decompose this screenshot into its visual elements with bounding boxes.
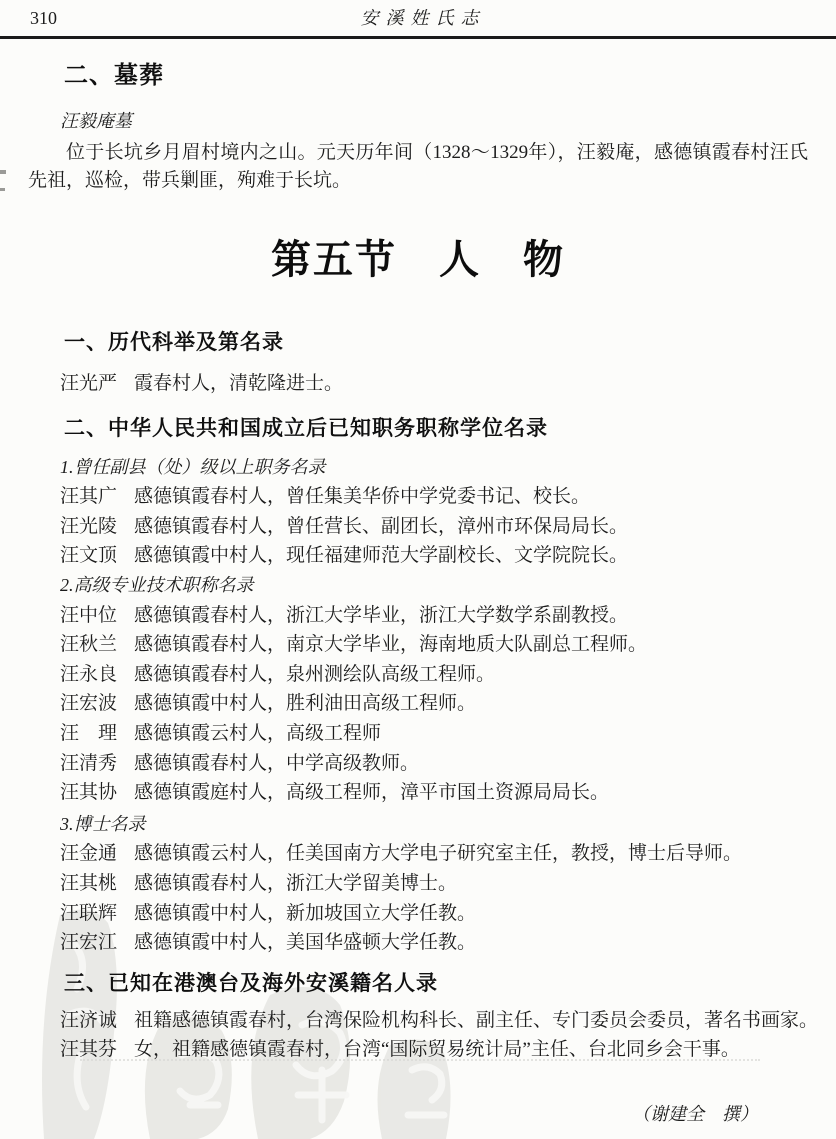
person-description: 感德镇霞春村人，南京大学毕业，海南地质大队副总工程师。: [134, 634, 647, 655]
person-row: 汪济诚祖籍感德镇霞春村，台湾保险机构科长、副主任、专门委员会委员，著名书画家。: [60, 1006, 836, 1036]
roster2-heading: 二、中华人民共和国成立后已知职务职称学位名录: [64, 417, 836, 441]
tomb-name: 汪毅庵墓: [60, 111, 836, 131]
tomb-section-heading: 二、墓葬: [64, 63, 836, 89]
person-name: 汪金通: [60, 839, 134, 869]
person-row: 汪中位感德镇霞春村人，浙江大学毕业，浙江大学数学系副教授。: [60, 601, 836, 631]
person-name: 汪光陵: [60, 512, 134, 542]
person-row: 汪光陵感德镇霞春村人，曾任营长、副团长，漳州市环保局局长。: [60, 512, 836, 542]
compiler-attribution: （谢建全 撰）: [0, 1103, 758, 1125]
person-row: 汪金通感德镇霞云村人，任美国南方大学电子研究室主任，教授，博士后导师。: [60, 839, 836, 869]
person-name: 汪其芬: [60, 1035, 134, 1065]
person-row: 汪宏波感德镇霞中村人，胜利油田高级工程师。: [60, 689, 836, 719]
person-row: 汪秋兰感德镇霞春村人，南京大学毕业，海南地质大队副总工程师。: [60, 630, 836, 660]
person-name: 汪文顶: [60, 541, 134, 571]
person-row: 汪其广感德镇霞春村人，曾任集美华侨中学党委书记、校长。: [60, 482, 836, 512]
person-name: 汪秋兰: [60, 630, 134, 660]
person-name: 汪光严: [60, 369, 134, 399]
roster3-heading: 三、已知在港澳台及海外安溪籍名人录: [64, 972, 836, 996]
person-name: 汪其广: [60, 482, 134, 512]
person-description: 祖籍感德镇霞春村，台湾保险机构科长、副主任、专门委员会委员，著名书画家。: [134, 1010, 818, 1031]
person-description: 霞春村人，清乾隆进士。: [134, 373, 343, 394]
person-name: 汪其协: [60, 778, 134, 808]
person-name: 汪宏波: [60, 689, 134, 719]
person-description: 感德镇霞中村人，新加坡国立大学任教。: [134, 903, 476, 924]
person-row: 汪 理感德镇霞云村人，高级工程师: [60, 719, 836, 749]
tomb-description: 位于长坑乡月眉村境内之山。元天历年间（1328～1329年），汪毅庵，感德镇霞春…: [28, 139, 808, 195]
person-name: 汪其桃: [60, 869, 134, 899]
person-description: 感德镇霞春村人，浙江大学留美博士。: [134, 873, 457, 894]
person-row: 汪宏江感德镇霞中村人，美国华盛顿大学任教。: [60, 928, 836, 958]
running-title: 安溪姓氏志: [361, 7, 486, 29]
person-name: 汪济诚: [60, 1006, 134, 1036]
person-description: 女，祖籍感德镇霞春村，台湾“国际贸易统计局”主任、台北同乡会干事。: [134, 1039, 740, 1060]
person-row: 汪其芬女，祖籍感德镇霞春村，台湾“国际贸易统计局”主任、台北同乡会干事。: [60, 1035, 836, 1065]
roster1-heading: 一、历代科举及第名录: [64, 331, 836, 355]
person-row: 汪其桃感德镇霞春村人，浙江大学留美博士。: [60, 869, 836, 899]
person-description: 感德镇霞春村人，泉州测绘队高级工程师。: [134, 664, 495, 685]
person-name: 汪宏江: [60, 928, 134, 958]
roster2-group3-label: 3.博士名录: [60, 810, 836, 840]
person-row: 汪清秀感德镇霞春村人，中学高级教师。: [60, 749, 836, 779]
roster2-group1-label: 1.曾任副县（处）级以上职务名录: [60, 453, 836, 483]
person-description: 感德镇霞春村人，曾任营长、副团长，漳州市环保局局长。: [134, 516, 628, 537]
chapter-title: 第五节 人 物: [0, 237, 836, 283]
person-description: 感德镇霞中村人，美国华盛顿大学任教。: [134, 932, 476, 953]
person-description: 感德镇霞云村人，任美国南方大学电子研究室主任，教授，博士后导师。: [134, 843, 742, 864]
person-description: 感德镇霞中村人，现任福建师范大学副校长、文学院院长。: [134, 545, 628, 566]
person-description: 感德镇霞庭村人，高级工程师，漳平市国土资源局局长。: [134, 782, 609, 803]
page-header: 310 安溪姓氏志: [0, 0, 836, 39]
roster2-group2-label: 2.高级专业技术职称名录: [60, 571, 836, 601]
person-row: 汪联辉感德镇霞中村人，新加坡国立大学任教。: [60, 899, 836, 929]
person-row: 汪其协感德镇霞庭村人，高级工程师，漳平市国土资源局局长。: [60, 778, 836, 808]
person-description: 感德镇霞春村人，曾任集美华侨中学党委书记、校长。: [134, 486, 590, 507]
person-row: 汪光严霞春村人，清乾隆进士。: [60, 369, 836, 399]
person-name: 汪中位: [60, 601, 134, 631]
person-description: 感德镇霞中村人，胜利油田高级工程师。: [134, 693, 476, 714]
person-row: 汪永良感德镇霞春村人，泉州测绘队高级工程师。: [60, 660, 836, 690]
person-name: 汪 理: [60, 719, 134, 749]
book-page: 310 安溪姓氏志 二、墓葬 汪毅庵墓 位于长坑乡月眉村境内之山。元天历年间（1…: [0, 0, 836, 1139]
person-description: 感德镇霞云村人，高级工程师: [134, 723, 381, 744]
person-name: 汪清秀: [60, 749, 134, 779]
page-number: 310: [30, 8, 57, 28]
person-name: 汪永良: [60, 660, 134, 690]
person-description: 感德镇霞春村人，浙江大学毕业，浙江大学数学系副教授。: [134, 605, 628, 626]
person-name: 汪联辉: [60, 899, 134, 929]
person-row: 汪文顶感德镇霞中村人，现任福建师范大学副校长、文学院院长。: [60, 541, 836, 571]
person-description: 感德镇霞春村人，中学高级教师。: [134, 753, 419, 774]
